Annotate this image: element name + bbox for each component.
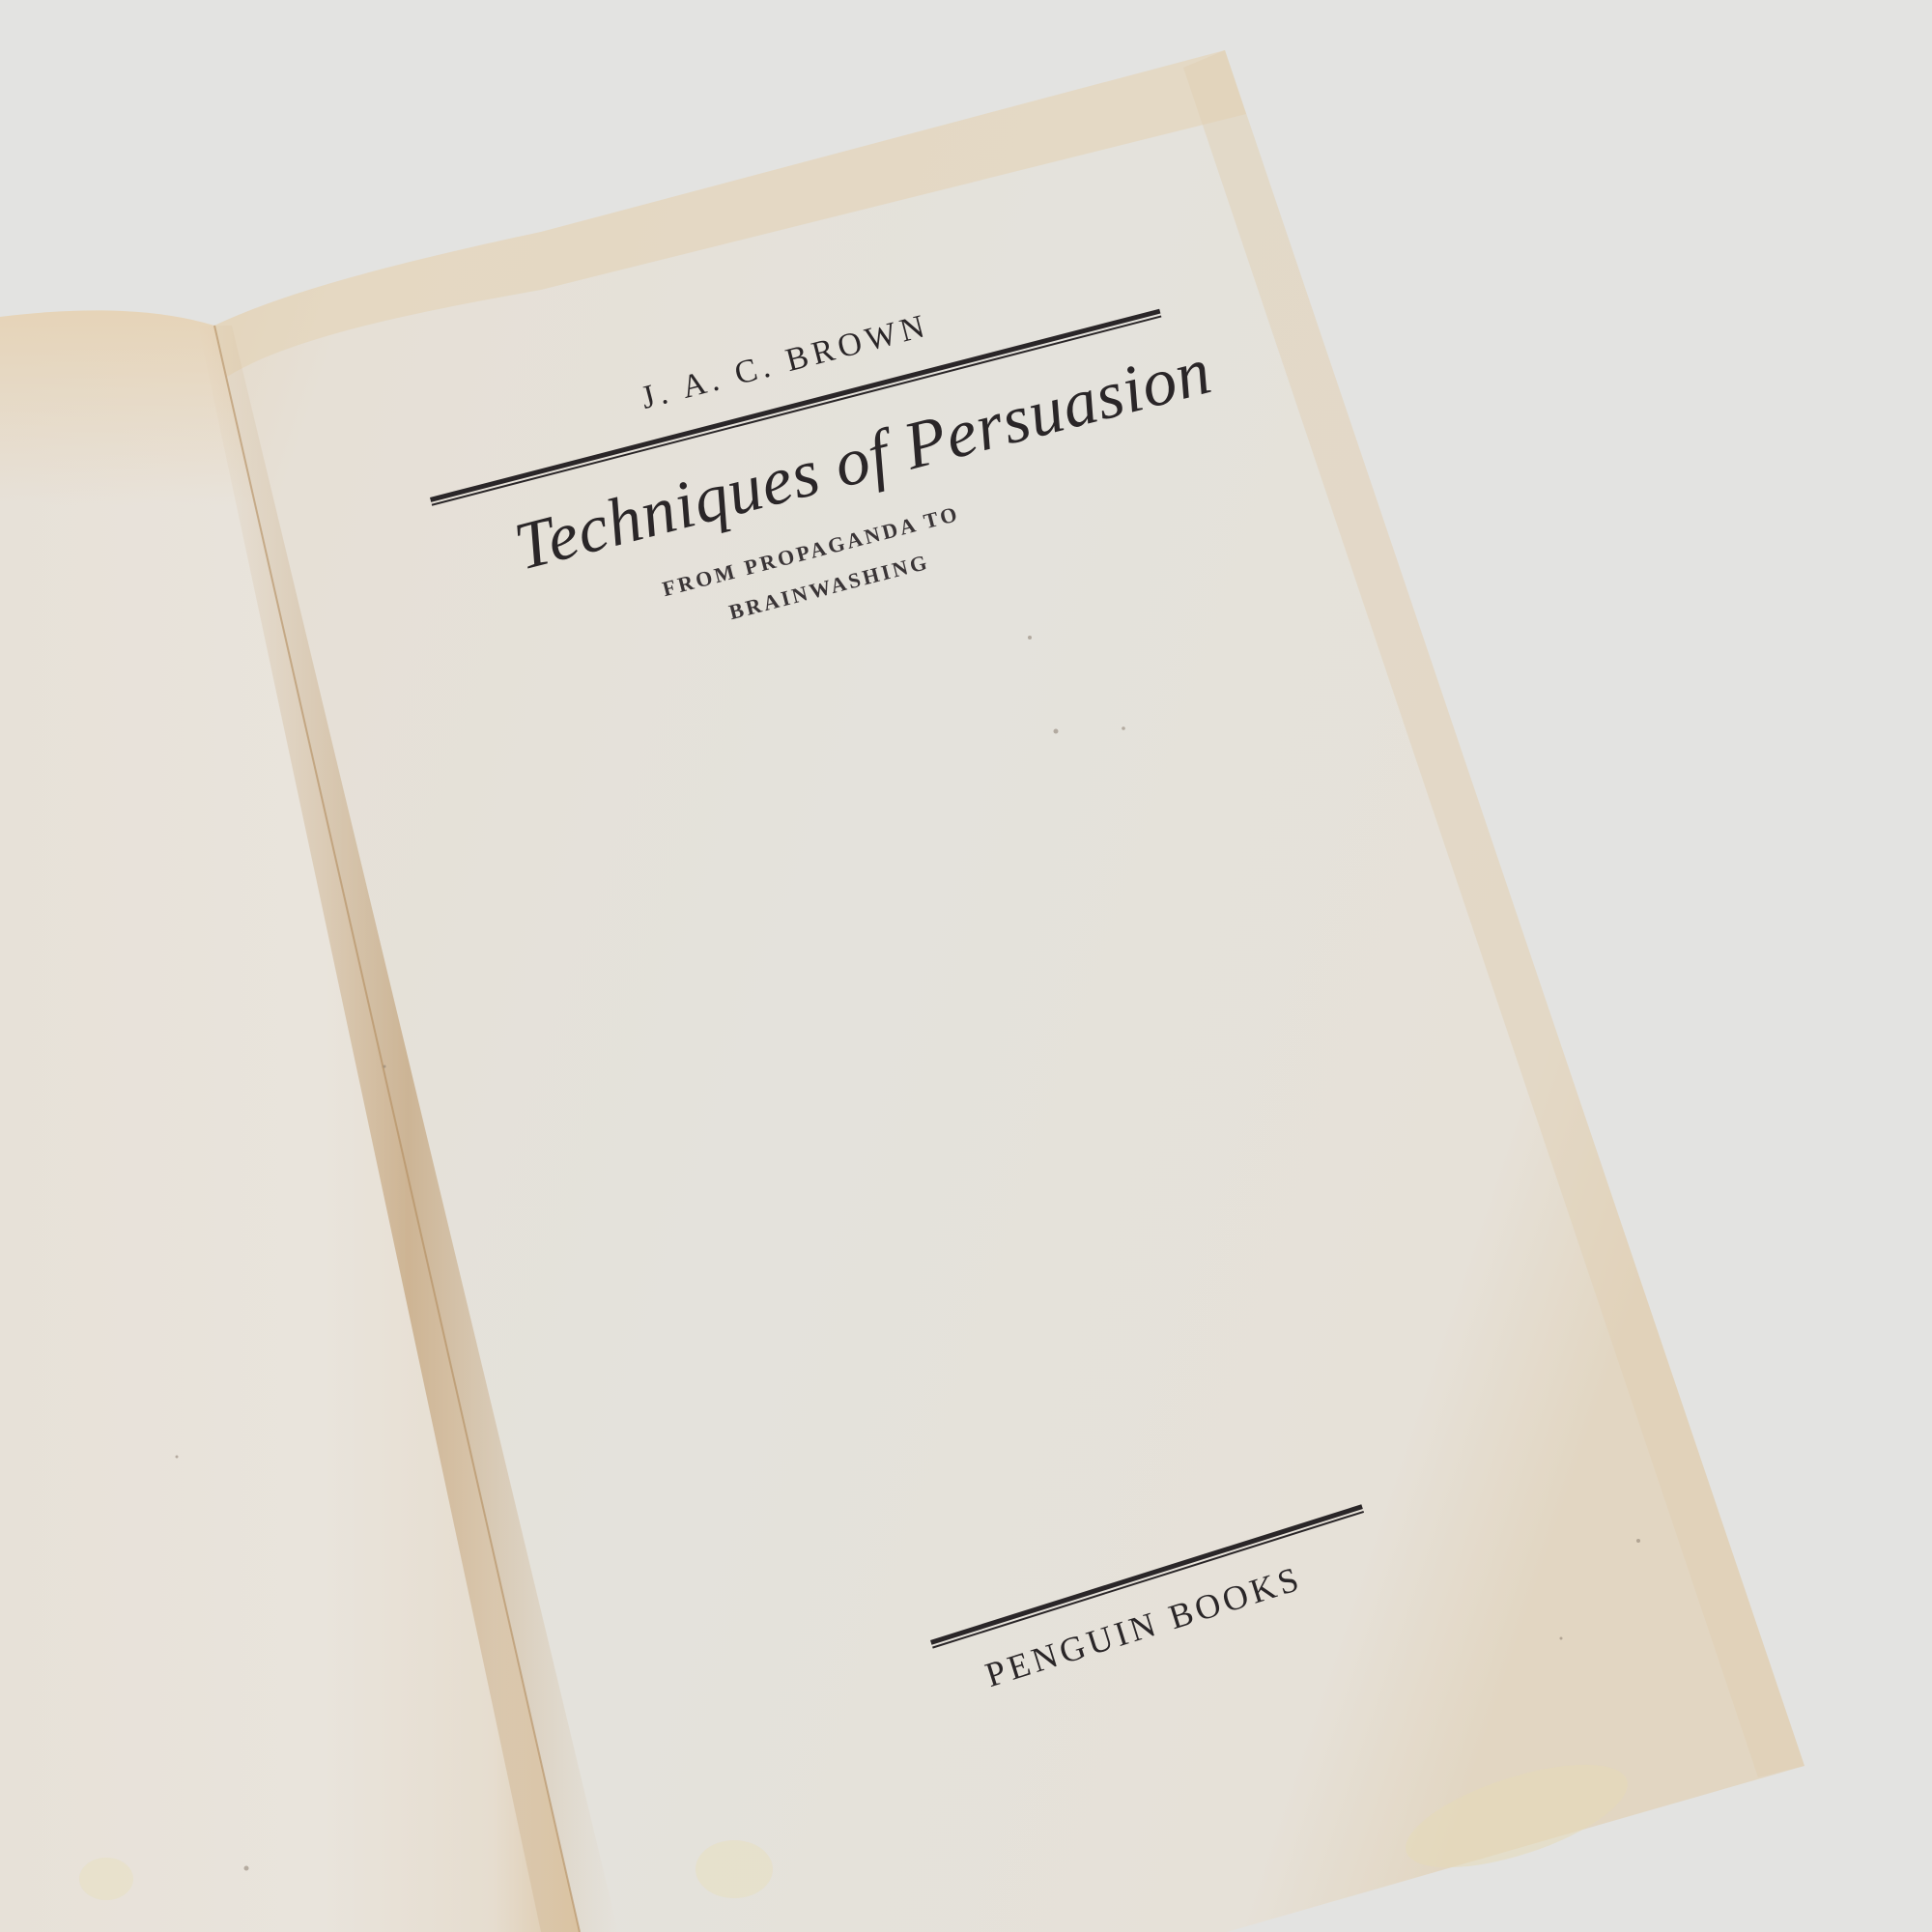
open-book	[0, 0, 1932, 1932]
book-photo-scene: J. A. C. BROWN Techniques of Persuasion …	[0, 0, 1932, 1932]
